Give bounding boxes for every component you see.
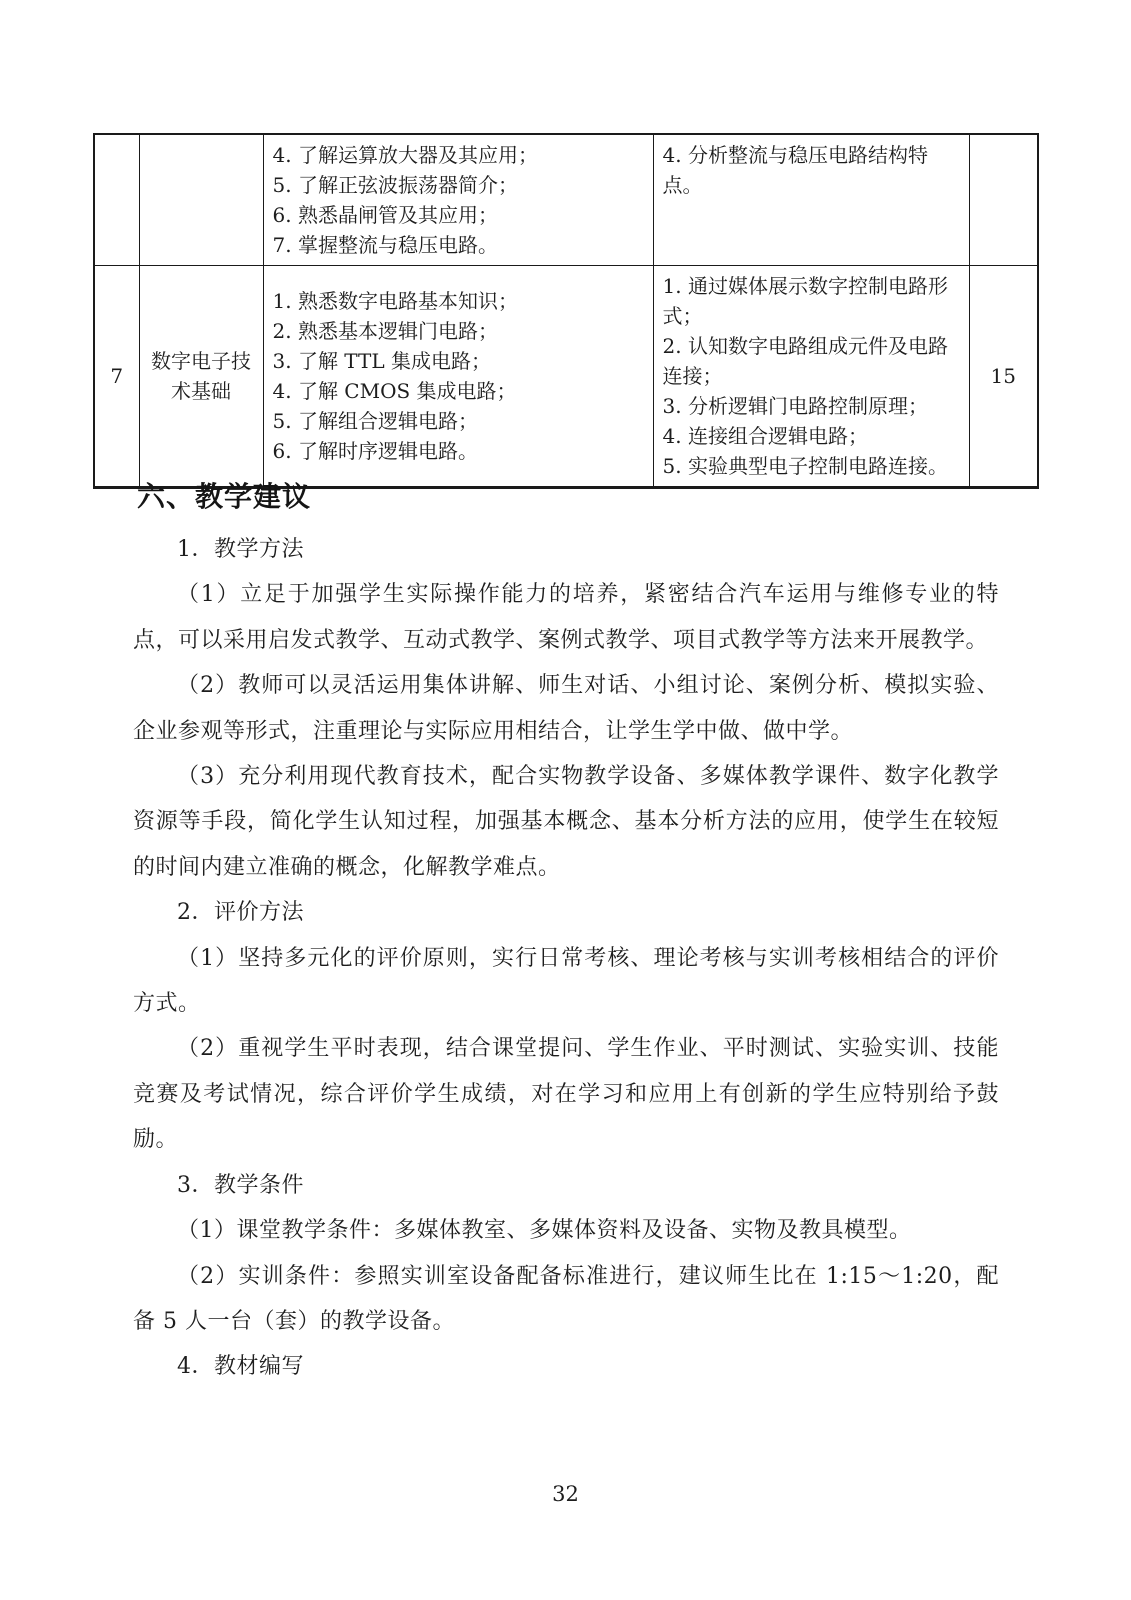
objective-item: 1. 熟悉数字电路基本知识；: [273, 286, 644, 316]
objective-item: 6. 熟悉晶闸管及其应用；: [273, 200, 644, 230]
objective-item: 4. 了解运算放大器及其应用；: [273, 140, 644, 170]
paragraph: （1）立足于加强学生实际操作能力的培养，紧密结合汽车运用与维修专业的特点，可以采…: [133, 572, 999, 663]
objectives-cell: 1. 熟悉数字电路基本知识； 2. 熟悉基本逻辑门电路； 3. 了解 TTL 集…: [263, 266, 653, 488]
activity-item: 5. 实验典型电子控制电路连接。: [663, 451, 960, 481]
paragraph: （3）充分利用现代教育技术，配合实物教学设备、多媒体教学课件、数字化教学资源等手…: [133, 754, 999, 890]
paragraph: （1）坚持多元化的评价原则，实行日常考核、理论考核与实训考核相结合的评价方式。: [133, 936, 999, 1027]
objectives-cell: 4. 了解运算放大器及其应用； 5. 了解正弦波振荡器简介； 6. 熟悉晶闸管及…: [263, 134, 653, 266]
subheading-teaching-conditions: 3．教学条件: [133, 1163, 999, 1208]
paragraph: （2）实训条件：参照实训室设备配备标准进行，建议师生比在 1:15～1:20，配…: [133, 1254, 999, 1345]
course-table: 4. 了解运算放大器及其应用； 5. 了解正弦波振荡器简介； 6. 熟悉晶闸管及…: [93, 133, 1039, 489]
table-row-continued: 4. 了解运算放大器及其应用； 5. 了解正弦波振荡器简介； 6. 熟悉晶闸管及…: [94, 134, 1038, 266]
objective-item: 5. 了解组合逻辑电路；: [273, 406, 644, 436]
paragraph: （1）课堂教学条件：多媒体教室、多媒体资料及设备、实物及教具模型。: [133, 1208, 999, 1253]
sequence-cell: [94, 134, 139, 266]
topic-cell: 数字电子技术基础: [139, 266, 263, 488]
activity-item: 4. 分析整流与稳压电路结构特点。: [663, 140, 960, 200]
objective-item: 2. 熟悉基本逻辑门电路；: [273, 316, 644, 346]
objective-item: 4. 了解 CMOS 集成电路；: [273, 376, 644, 406]
activity-item: 1. 通过媒体展示数字控制电路形式；: [663, 271, 960, 331]
activity-item: 2. 认知数字电路组成元件及电路连接；: [663, 331, 960, 391]
objective-item: 7. 掌握整流与稳压电路。: [273, 230, 644, 260]
sequence-cell: 7: [94, 266, 139, 488]
table-row: 7 数字电子技术基础 1. 熟悉数字电路基本知识； 2. 熟悉基本逻辑门电路； …: [94, 266, 1038, 488]
hours-cell: 15: [969, 266, 1038, 488]
subheading-evaluation-methods: 2．评价方法: [133, 890, 999, 935]
activities-cell: 4. 分析整流与稳压电路结构特点。: [653, 134, 969, 266]
activity-item: 4. 连接组合逻辑电路；: [663, 421, 960, 451]
activities-cell: 1. 通过媒体展示数字控制电路形式； 2. 认知数字电路组成元件及电路连接； 3…: [653, 266, 969, 488]
section-body: 1．教学方法 （1）立足于加强学生实际操作能力的培养，紧密结合汽车运用与维修专业…: [133, 527, 999, 1390]
paragraph: （2）教师可以灵活运用集体讲解、师生对话、小组讨论、案例分析、模拟实验、企业参观…: [133, 663, 999, 754]
paragraph: （2）重视学生平时表现，结合课堂提问、学生作业、平时测试、实验实训、技能竞赛及考…: [133, 1026, 999, 1162]
document-page: 4. 了解运算放大器及其应用； 5. 了解正弦波振荡器简介； 6. 熟悉晶闸管及…: [0, 0, 1131, 1600]
objective-item: 3. 了解 TTL 集成电路；: [273, 346, 644, 376]
activity-item: 3. 分析逻辑门电路控制原理；: [663, 391, 960, 421]
hours-cell: [969, 134, 1038, 266]
subheading-teaching-methods: 1．教学方法: [133, 527, 999, 572]
objective-item: 6. 了解时序逻辑电路。: [273, 436, 644, 466]
subheading-textbook-writing: 4．教材编写: [133, 1344, 999, 1389]
objective-item: 5. 了解正弦波振荡器简介；: [273, 170, 644, 200]
page-number: 32: [0, 1481, 1131, 1507]
topic-cell: [139, 134, 263, 266]
section-heading: 六、教学建议: [137, 477, 311, 517]
